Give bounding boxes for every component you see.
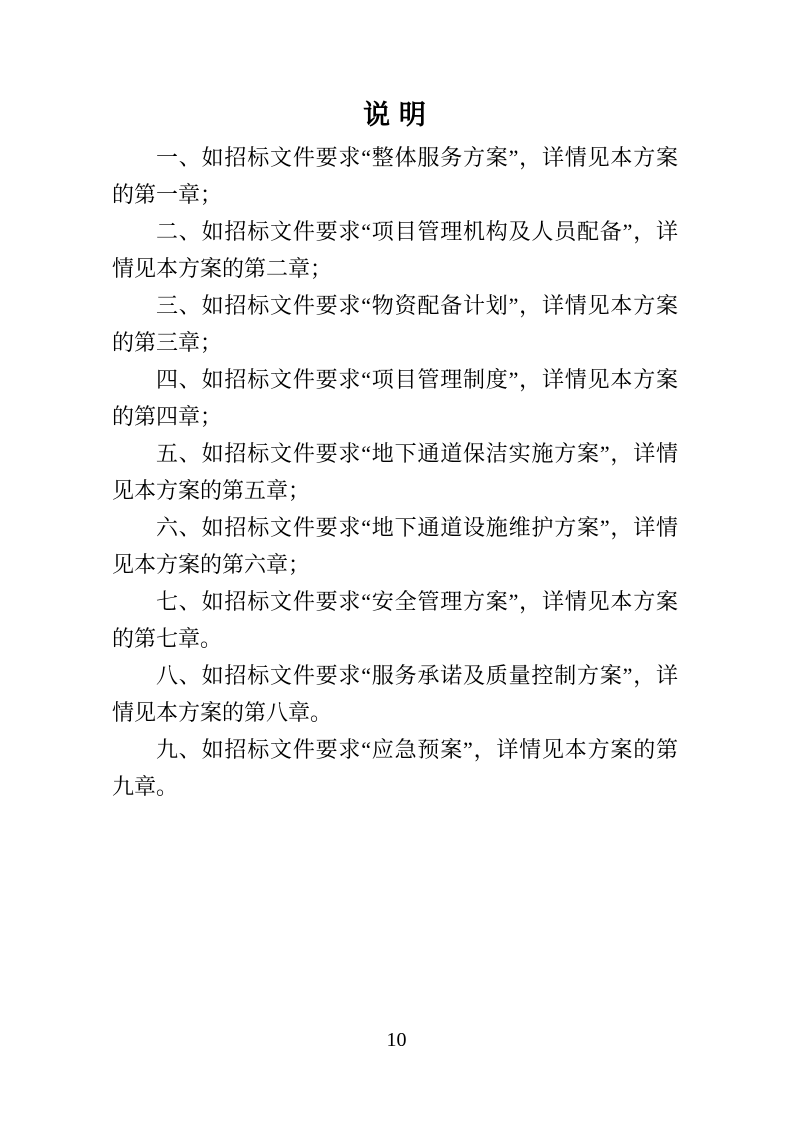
paragraph: 二、如招标文件要求“项目管理机构及人员配备”，详情见本方案的第二章； (112, 213, 678, 287)
paragraph: 八、如招标文件要求“服务承诺及质量控制方案”，详情见本方案的第八章。 (112, 657, 678, 731)
paragraph: 三、如招标文件要求“物资配备计划”，详情见本方案的第三章； (112, 287, 678, 361)
paragraph: 九、如招标文件要求“应急预案”，详情见本方案的第九章。 (112, 731, 678, 805)
paragraph: 六、如招标文件要求“地下通道设施维护方案”，详情见本方案的第六章； (112, 509, 678, 583)
document-page: 说 明 一、如招标文件要求“整体服务方案”，详情见本方案的第一章； 二、如招标文… (0, 0, 793, 1122)
paragraph: 四、如招标文件要求“项目管理制度”，详情见本方案的第四章； (112, 361, 678, 435)
page-number: 10 (0, 1028, 793, 1052)
document-body: 说 明 一、如招标文件要求“整体服务方案”，详情见本方案的第一章； 二、如招标文… (112, 95, 678, 805)
paragraph: 一、如招标文件要求“整体服务方案”，详情见本方案的第一章； (112, 139, 678, 213)
page-title: 说 明 (112, 95, 678, 135)
paragraph: 七、如招标文件要求“安全管理方案”，详情见本方案的第七章。 (112, 583, 678, 657)
paragraph: 五、如招标文件要求“地下通道保洁实施方案”，详情见本方案的第五章； (112, 435, 678, 509)
